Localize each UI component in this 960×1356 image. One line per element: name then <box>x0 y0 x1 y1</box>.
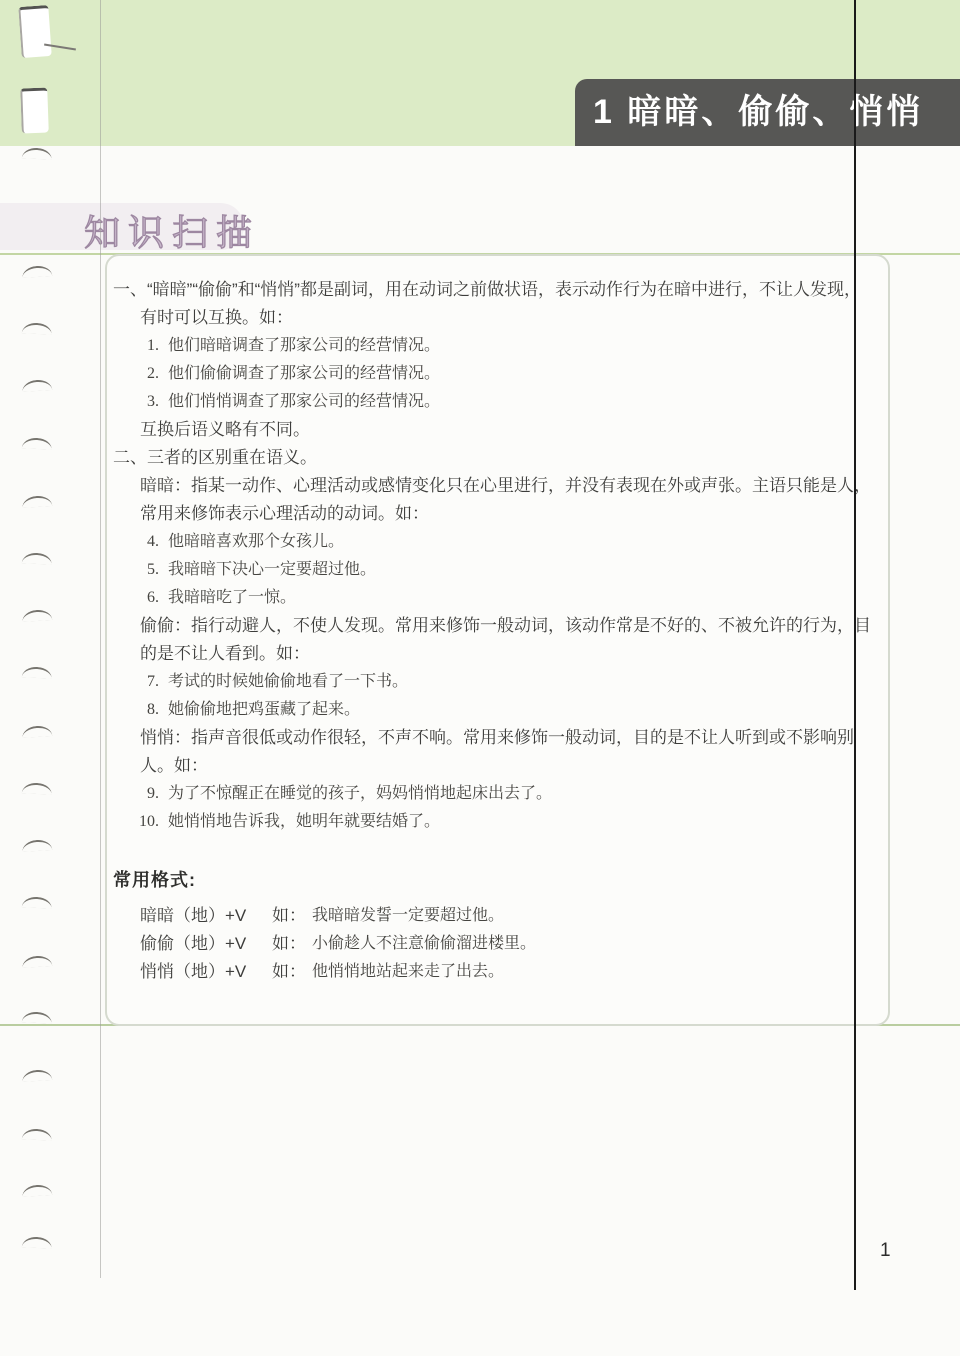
textbook-page: 1 暗暗、偷偷、悄悄 知识扫描 一、“暗暗”“偷偷”和“悄悄”都是副词，用在动词… <box>0 0 960 1356</box>
binding-hole-mark <box>22 322 53 335</box>
binding-hole-mark <box>22 1184 53 1197</box>
binding-hole-mark <box>22 1011 53 1024</box>
binding-hole-mark <box>22 1069 53 1082</box>
example-row: 3. 他们悄悄调查了那家公司的经营情况。 <box>133 388 876 416</box>
point1-marker: 一、 <box>113 280 147 299</box>
example-number: 7. <box>133 668 159 696</box>
binding-hole-mark <box>22 666 53 679</box>
definition-term: 偷偷： <box>140 616 191 635</box>
example-number: 1. <box>133 332 159 360</box>
example-text: 为了不惊醒正在睡觉的孩子，妈妈悄悄地起床出去了。 <box>168 780 876 808</box>
binding-hole <box>18 5 51 58</box>
example-number: 2. <box>133 360 159 388</box>
point1-text: “暗暗”“偷偷”和“悄悄”都是副词，用在动词之前做状语，表示动作行为在暗中进行，… <box>140 280 861 327</box>
example-row: 7. 考试的时候她偷偷地看了一下书。 <box>133 668 876 696</box>
definition-paragraph: 偷偷：指行动避人，不使人发现。常用来修饰一般动词，该动作常是不好的、不被允许的行… <box>140 612 876 668</box>
formats-heading: 常用格式: <box>113 866 876 894</box>
example-text: 他们暗暗调查了那家公司的经营情况。 <box>168 332 876 360</box>
binding-hole-mark <box>22 495 53 508</box>
binding-hole-mark <box>22 1128 53 1141</box>
binding-hole-mark <box>22 782 53 795</box>
format-pattern: 偷偷（地）+V <box>140 930 272 958</box>
format-label: 如： <box>272 930 306 958</box>
example-row: 4. 他暗暗喜欢那个女孩儿。 <box>133 528 876 556</box>
point1-note: 互换后语义略有不同。 <box>140 416 876 444</box>
format-example: 我暗暗发誓一定要超过他。 <box>312 902 504 930</box>
example-text: 他们悄悄调查了那家公司的经营情况。 <box>168 388 876 416</box>
example-text: 考试的时候她偷偷地看了一下书。 <box>168 668 876 696</box>
example-row: 9. 为了不惊醒正在睡觉的孩子，妈妈悄悄地起床出去了。 <box>133 780 876 808</box>
definition-text: 指某一动作、心理活动或感情变化只在心里进行，并没有表现在外或声张。主语只能是人，… <box>140 476 871 523</box>
example-row: 5. 我暗暗下决心一定要超过他。 <box>133 556 876 584</box>
format-row: 偷偷（地）+V 如： 小偷趁人不注意偷偷溜进楼里。 <box>140 930 876 958</box>
example-row: 2. 他们偷偷调查了那家公司的经营情况。 <box>133 360 876 388</box>
definition-paragraph: 暗暗：指某一动作、心理活动或感情变化只在心里进行，并没有表现在外或声张。主语只能… <box>140 472 876 528</box>
binding-hole-mark <box>22 552 53 565</box>
scan-artifact-line-right <box>854 0 856 1290</box>
binding-hole-mark <box>22 437 53 450</box>
example-row: 8. 她偷偷地把鸡蛋藏了起来。 <box>133 696 876 724</box>
example-text: 我暗暗下决心一定要超过他。 <box>168 556 876 584</box>
definition-term: 悄悄： <box>140 728 191 747</box>
format-label: 如： <box>272 958 306 986</box>
binding-hole-mark <box>22 147 53 160</box>
example-number: 3. <box>133 388 159 416</box>
definition-term: 暗暗： <box>140 476 191 495</box>
example-row: 1. 他们暗暗调查了那家公司的经营情况。 <box>133 332 876 360</box>
point2-paragraph: 二、三者的区别重在语义。 <box>113 444 876 472</box>
binding-hole-mark <box>22 265 53 278</box>
binding-hole-mark <box>22 896 53 909</box>
format-row: 暗暗（地）+V 如： 我暗暗发誓一定要超过他。 <box>140 902 876 930</box>
format-example: 小偷趁人不注意偷偷溜进楼里。 <box>312 930 536 958</box>
example-text: 他暗暗喜欢那个女孩儿。 <box>168 528 876 556</box>
example-row: 10. 她悄悄地告诉我，她明年就要结婚了。 <box>133 808 876 836</box>
binding-hole-mark <box>22 955 53 968</box>
scan-artifact-line-left <box>100 0 101 1278</box>
example-number: 10. <box>133 808 159 836</box>
binding-hole-mark <box>22 725 53 738</box>
content-box-inner: 一、“暗暗”“偷偷”和“悄悄”都是副词，用在动词之前做状语，表示动作行为在暗中进… <box>107 256 888 986</box>
definition-text: 指行动避人，不使人发现。常用来修饰一般动词，该动作常是不好的、不被允许的行为，目… <box>140 616 871 663</box>
example-row: 6. 我暗暗吃了一惊。 <box>133 584 876 612</box>
format-label: 如： <box>272 902 306 930</box>
example-number: 4. <box>133 528 159 556</box>
format-row: 悄悄（地）+V 如： 他悄悄地站起来走了出去。 <box>140 958 876 986</box>
binding-hole-mark <box>22 609 53 622</box>
definition-paragraph: 悄悄：指声音很低或动作很轻，不声不响。常用来修饰一般动词，目的是不让人听到或不影… <box>140 724 876 780</box>
point2-text: 三者的区别重在语义。 <box>147 448 317 467</box>
example-number: 9. <box>133 780 159 808</box>
page-number: 1 <box>880 1240 891 1262</box>
definition-text: 指声音很低或动作很轻，不声不响。常用来修饰一般动词，目的是不让人听到或不影响别人… <box>140 728 854 775</box>
point2-marker: 二、 <box>113 448 147 467</box>
example-number: 6. <box>133 584 159 612</box>
example-text: 我暗暗吃了一惊。 <box>168 584 876 612</box>
point1-paragraph: 一、“暗暗”“偷偷”和“悄悄”都是副词，用在动词之前做状语，表示动作行为在暗中进… <box>113 276 876 332</box>
binding-hole <box>20 88 49 134</box>
binding-hole-mark <box>22 379 53 392</box>
section-heading: 知识扫描 <box>84 205 260 256</box>
example-number: 5. <box>133 556 159 584</box>
format-example: 他悄悄地站起来走了出去。 <box>312 958 504 986</box>
example-text: 他们偷偷调查了那家公司的经营情况。 <box>168 360 876 388</box>
content-box: 一、“暗暗”“偷偷”和“悄悄”都是副词，用在动词之前做状语，表示动作行为在暗中进… <box>105 254 890 1026</box>
chapter-banner: 1 暗暗、偷偷、悄悄 <box>575 79 960 146</box>
binding-hole-mark <box>22 1236 53 1249</box>
example-number: 8. <box>133 696 159 724</box>
format-pattern: 悄悄（地）+V <box>140 958 272 986</box>
example-text: 她偷偷地把鸡蛋藏了起来。 <box>168 696 876 724</box>
example-text: 她悄悄地告诉我，她明年就要结婚了。 <box>168 808 876 836</box>
format-pattern: 暗暗（地）+V <box>140 902 272 930</box>
binding-hole-mark <box>22 839 53 852</box>
